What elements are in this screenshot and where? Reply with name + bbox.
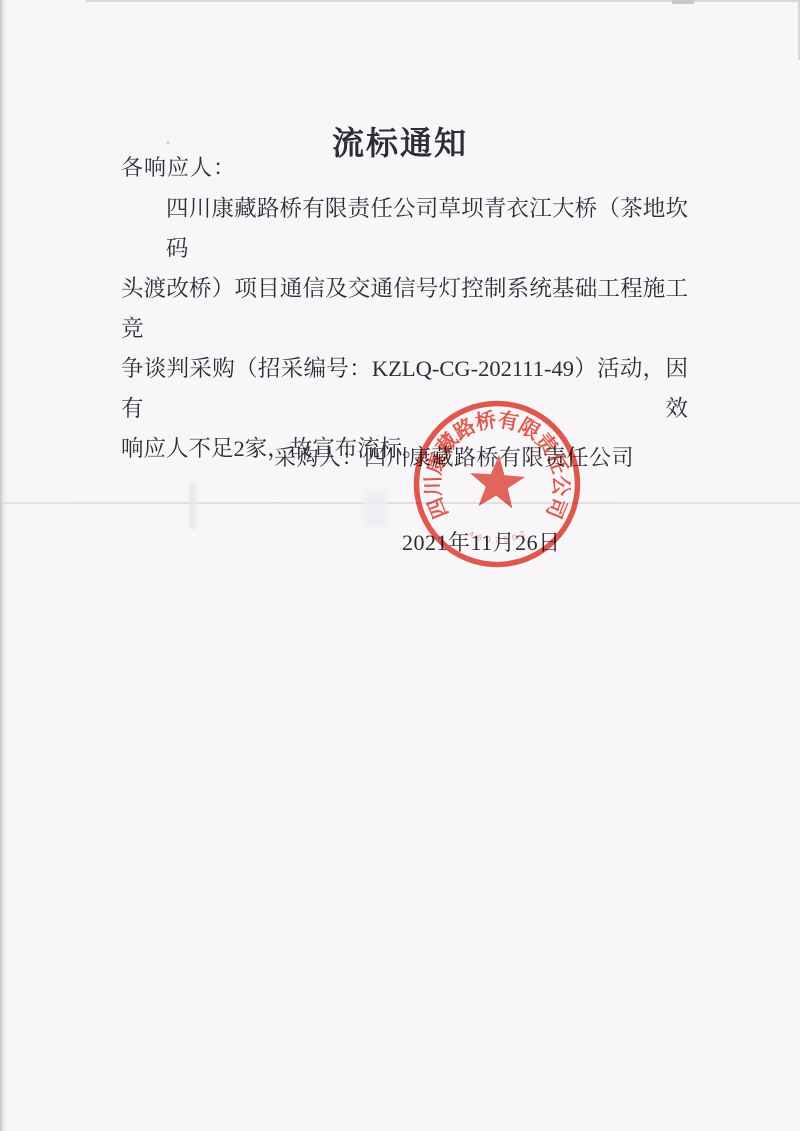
scanned-document-page: 流标通知 各响应人： 四川康藏路桥有限责任公司草坝青衣江大桥（茶地坎码 头渡改桥… xyxy=(0,0,800,1131)
svg-text:0: 0 xyxy=(485,534,492,545)
svg-text:四: 四 xyxy=(424,494,453,522)
seal-code: 4807502 xyxy=(467,528,527,545)
svg-text:0: 0 xyxy=(511,532,519,543)
svg-text:桥: 桥 xyxy=(473,407,498,434)
svg-text:8: 8 xyxy=(476,532,484,543)
scan-smudge xyxy=(363,489,388,528)
scan-smudge xyxy=(189,483,196,529)
fold-crease xyxy=(0,502,800,504)
svg-text:司: 司 xyxy=(541,494,570,522)
scan-edge-left-fade xyxy=(2,0,7,1131)
document-title: 流标通知 xyxy=(0,124,800,162)
svg-text:4: 4 xyxy=(467,528,476,539)
svg-text:公: 公 xyxy=(549,475,573,497)
greeting-line: 各响应人： xyxy=(121,154,236,182)
svg-text:5: 5 xyxy=(503,534,510,545)
svg-text:7: 7 xyxy=(495,535,500,545)
body-line-1: 四川康藏路桥有限责任公司草坝青衣江大桥（茶地坎码 xyxy=(121,189,688,269)
body-line-3: 争谈判采购（招采编号：KZLQ-CG-202111-49）活动，因有效 xyxy=(121,349,688,429)
company-seal: 四川康藏路桥有限责任公司 4807502 xyxy=(407,394,587,574)
body-line-2: 头渡改桥）项目通信及交通信号灯控制系统基础工程施工竞 xyxy=(121,269,688,349)
body-paragraph: 四川康藏路桥有限责任公司草坝青衣江大桥（茶地坎码 头渡改桥）项目通信及交通信号灯… xyxy=(121,189,688,469)
svg-text:川: 川 xyxy=(422,475,446,496)
svg-text:2: 2 xyxy=(518,528,527,539)
star-icon xyxy=(468,453,527,509)
scan-edge-top-notch xyxy=(672,0,694,4)
